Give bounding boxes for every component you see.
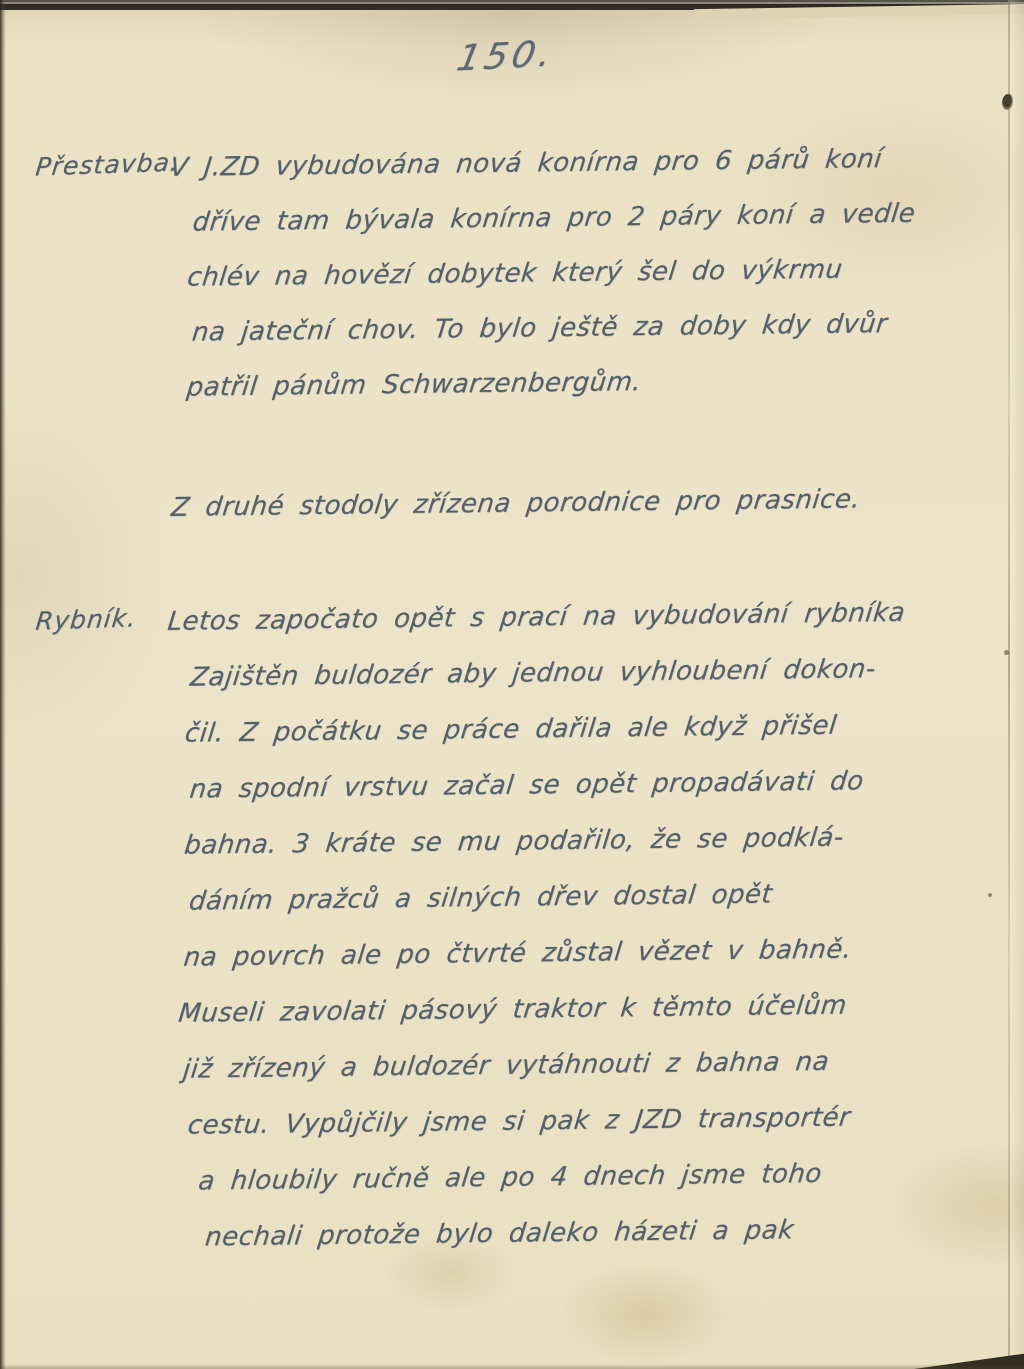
- paper-speck: [1004, 650, 1009, 655]
- handwritten-line: Museli zavolati pásový traktor k těmto ú…: [174, 989, 964, 1055]
- paper-speck: [988, 893, 992, 897]
- handwritten-line: a hloubily ručně ale po 4 dnech jsme toh…: [194, 1157, 966, 1222]
- handwritten-line: dáním pražců a silných dřev dostal opět: [185, 877, 963, 943]
- handwritten-line: na spodní vrstvu začal se opět propadáva…: [185, 765, 961, 830]
- handwritten-line: Letos započato opět s prací na vybudován…: [163, 597, 959, 663]
- handwritten-line: na jateční chov. To bylo ještě za doby k…: [188, 308, 964, 372]
- handwritten-line: chlév na hovězí dobytek který šel do výk…: [183, 253, 963, 318]
- paragraph-rybnik: Letos započato opět s prací na vybudován…: [166, 597, 964, 1279]
- handwritten-line: čil. Z počátku se práce dařila ale když …: [181, 709, 961, 775]
- bottom-page-shadow: [0, 1364, 1024, 1369]
- handwritten-line: V J.ZD vybudována nová konírna pro 6 pár…: [166, 143, 962, 208]
- margin-note-prestavba: Přestavba.: [34, 148, 180, 182]
- binding-left-edge: [0, 0, 6, 1369]
- handwritten-line: bahna. 3 kráte se mu podařilo, že se pod…: [180, 821, 962, 887]
- handwritten-line: patřil pánům Schwarzenbergům.: [182, 363, 964, 428]
- handwritten-line: cestu. Vypůjčily jsme si pak z JZD trans…: [183, 1101, 965, 1167]
- page-right-margin: [1010, 0, 1024, 1369]
- margin-note-rybnik: Rybník.: [34, 603, 138, 635]
- paragraph-stodola: Z druhé stodoly zřízena porodnice pro pr…: [170, 483, 961, 548]
- paragraph-prestavba: V J.ZD vybudována nová konírna pro 6 pár…: [168, 143, 961, 428]
- page-number: 150.: [453, 34, 558, 80]
- handwritten-line: na povrch ale po čtvrté zůstal vězet v b…: [179, 933, 963, 999]
- handwritten-line: Z druhé stodoly zřízena porodnice pro pr…: [167, 483, 963, 548]
- handwritten-line: Zajištěn buldozér aby jednou vyhloubení …: [186, 653, 960, 718]
- handwritten-line: nechali protože bylo daleko házeti a pak: [201, 1213, 967, 1278]
- handwritten-line: dříve tam bývala konírna pro 2 páry koní…: [188, 198, 962, 262]
- scanned-chronicle-page: 150. Přestavba. Rybník. V J.ZD vybudován…: [0, 0, 1024, 1369]
- page-right-crease: [1008, 0, 1010, 1369]
- handwritten-line: již zřízený a buldozér vytáhnouti z bahn…: [179, 1045, 965, 1111]
